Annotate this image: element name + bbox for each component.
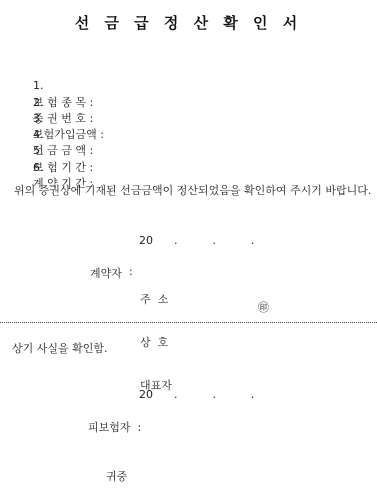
field-number: 6. [33, 160, 51, 176]
field-number: 4. [33, 127, 51, 143]
contractor-colon: : [129, 265, 133, 278]
date-line-second: 20 . . . [139, 388, 254, 401]
document-title: 선 금 급 정 산 확 인 서 [0, 12, 377, 33]
recipient-label: 귀중 [106, 468, 127, 484]
field-number: 2. [33, 95, 51, 111]
date-line-first: 20 . . . [139, 234, 254, 247]
contractor-label: 계약자 [90, 265, 122, 281]
field-number: 5. [33, 143, 51, 159]
field-number: 3. [33, 111, 51, 127]
contractor-company-label: 상 호 [140, 334, 172, 351]
confirmation-request-text: 위의 증권상에 기재된 선금금액이 정산되었음을 확인하여 주시기 바랍니다. [14, 182, 371, 198]
seal-mark-icon: ㊞ [258, 299, 269, 315]
settlement-confirmation-document: 선 금 급 정 산 확 인 서 1. 보 험 종 목 : 2. 증 권 번 호 … [0, 0, 377, 501]
dotted-divider [0, 322, 377, 323]
insured-label: 피보험자 : [88, 419, 141, 435]
field-row-insurance-type: 1. 보 험 종 목 : [12, 62, 104, 78]
contractor-address-label: 주 소 [140, 291, 172, 308]
confirmation-statement: 상기 사실을 확인함. [12, 340, 108, 356]
field-number: 1. [33, 78, 51, 94]
field-list: 1. 보 험 종 목 : 2. 증 권 번 호 : 3. 보험가입금액 : 4.… [12, 62, 104, 160]
